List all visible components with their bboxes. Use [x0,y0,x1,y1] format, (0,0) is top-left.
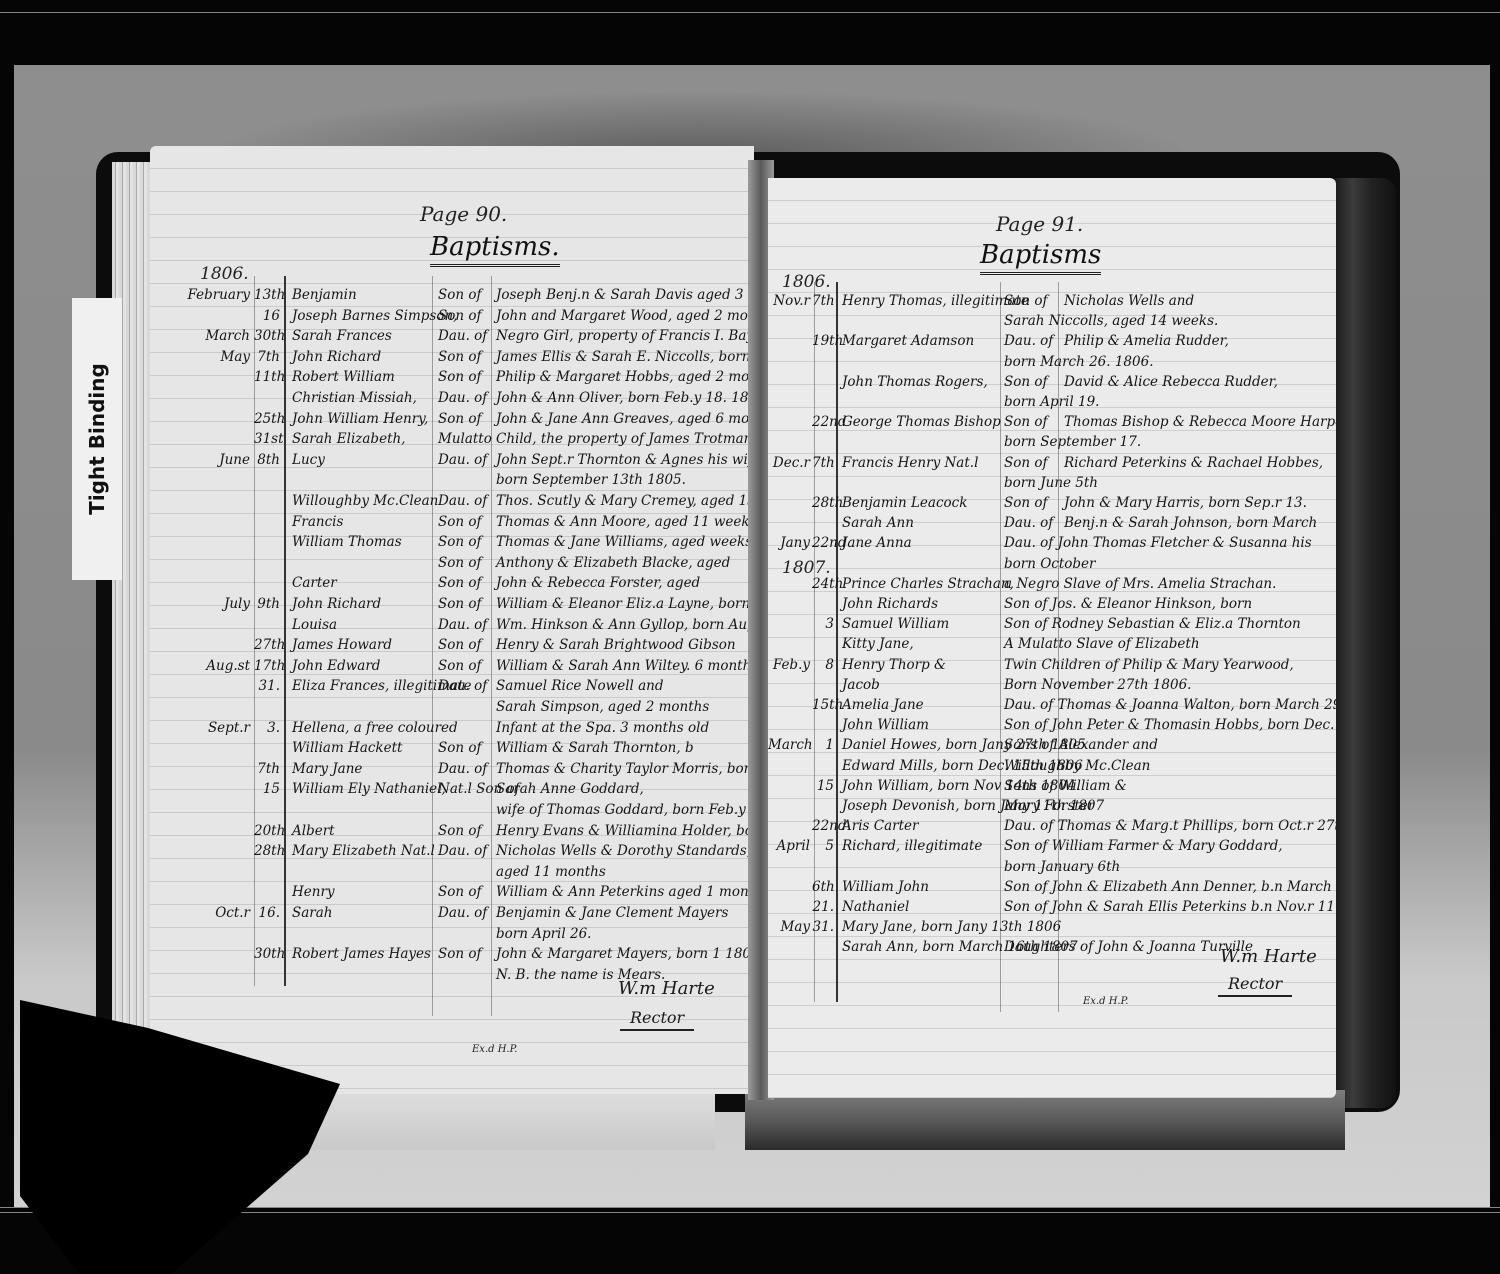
register-entry-row: wife of Thomas Goddard, born Feb.y [150,799,754,821]
entry-parents: Joseph Benj.n & Sarah Davis aged 3 mo.s [496,284,754,306]
entry-relation: Son of [438,531,482,553]
register-entry-row: Aug.st17thJohn EdwardSon ofWilliam & Sar… [150,655,754,677]
entry-day: 7th [812,290,834,312]
register-entry-row: 22ndAris CarterDau. of Thomas & Marg.t P… [768,815,1336,837]
register-entry-row: March30thSarah FrancesDau. ofNegro Girl,… [150,325,754,347]
entry-name: Sarah Elizabeth, [292,428,405,450]
entry-name: John William Henry, [292,408,428,430]
entry-month: March [768,734,810,756]
register-entry-row: Sarah Simpson, aged 2 months [150,696,754,718]
book-bottom-edge [745,1090,1345,1150]
entry-name: Mary Jane [292,758,362,780]
entry-month: March [150,325,250,347]
entry-parents: Dau. of John Thomas Fletcher & Susanna h… [1004,532,1312,554]
entry-month: Jany [768,532,810,554]
entry-day: 13th [254,284,280,306]
register-entry-row: Christian Missiah,Dau. ofJohn & Ann Oliv… [150,387,754,409]
entry-name: Henry Thorp & [842,654,946,676]
entry-relation: Son of [438,346,482,368]
entry-name: John Edward [292,655,380,677]
entry-month: May [150,346,250,368]
entry-parents: Sons of William & [1004,775,1127,797]
entry-name: James Howard [292,634,392,656]
entry-name: William Thomas [292,531,402,553]
register-entry-row: born April 26. [150,923,754,945]
examined-mark: Ex.d H.P. [472,1044,517,1055]
register-entry-row: 21.NathanielSon of John & Sarah Ellis Pe… [768,896,1336,918]
entry-day: 22nd [812,532,834,554]
entry-name: Henry [292,881,335,903]
entry-parents: Willoughby Mc.Clean [1004,755,1150,777]
entry-parents: Wm. Hinkson & Ann Gyllop, born Aug. [496,614,754,636]
entry-parents: Daughters of John & Joanna Turville [1004,936,1253,958]
register-entry-row: Nov.r7thHenry Thomas, illegitimateSon of… [768,290,1336,312]
entry-parents: Son of William Farmer & Mary Goddard, [1004,835,1283,857]
register-entry-row: 15William Ely Nathaniel,Nat.l Son ofSara… [150,778,754,800]
entry-day: 8th [254,449,280,471]
register-entry-row: born September 17. [768,431,1336,453]
entry-parents: John & Ann Oliver, born Feb.y 18. 1806. [496,387,754,409]
register-entry-row: Willoughby Mc.CleanDau. ofThos. Scutly &… [150,490,754,512]
register-entry-row: born March 26. 1806. [768,351,1336,373]
entry-name: John Richard [292,346,381,368]
entry-relation: Son of [438,552,482,574]
entry-day: 1 [812,734,834,756]
entry-relation: Son of [1004,290,1048,312]
register-entry-row: HenrySon ofWilliam & Ann Peterkins aged … [150,881,754,903]
entry-name: Lucy [292,449,325,471]
tight-binding-text: Tight Binding [85,363,109,515]
entry-name: Jacob [842,674,880,696]
register-entry-row: 7thMary JaneDau. ofThomas & Charity Tayl… [150,758,754,780]
rector-signature: W.m Harte [1220,946,1317,967]
entry-relation: Dau. of [438,758,487,780]
register-entry-row: May7thJohn RichardSon ofJames Ellis & Sa… [150,346,754,368]
page-number: Page 90. [420,202,507,226]
entry-relation: Dau. of [438,387,487,409]
register-entry-row: John Thomas Rogers,Son ofDavid & Alice R… [768,371,1336,393]
entry-name: Hellena, a free coloured [292,717,458,739]
entry-name: Kitty Jane, [842,633,914,655]
entry-name: Margaret Adamson [842,330,974,352]
entry-relation: Son of [438,820,482,842]
register-entry-row: 20thAlbertSon ofHenry Evans & Williamina… [150,820,754,842]
entry-name: Christian Missiah, [292,387,417,409]
entry-parents: Nicholas Wells & Dorothy Standards, [496,840,751,862]
register-entry-row: born September 13th 1805. [150,469,754,491]
register-entry-row: 31stSarah Elizabeth,MulattoChild, the pr… [150,428,754,450]
register-entry-row: Sept.r3.Hellena, a free colouredInfant a… [150,717,754,739]
entry-parents: Dau. of Thomas & Joanna Walton, born Mar… [1004,694,1336,716]
entry-name: Richard, illegitimate [842,835,982,857]
entry-parents: Thomas & Jane Williams, aged weeks [496,531,752,553]
entry-day: 3 [812,613,834,635]
entry-month: Aug.st [150,655,250,677]
entry-relation: Son of [1004,452,1048,474]
entry-relation: Dau. of [438,614,487,636]
register-entry-row: born January 6th [768,856,1336,878]
entry-parents: Thomas Bishop & Rebecca Moore Harper [1064,411,1336,433]
entry-relation: Son of [438,634,482,656]
entry-day: 15 [812,775,834,797]
entry-day: 17th [254,655,280,677]
entry-name: Benjamin [292,284,357,306]
entry-parents: born January 6th [1004,856,1120,878]
entry-parents: a Negro Slave of Mrs. Amelia Strachan. [1004,573,1276,595]
entry-parents: William & Ann Peterkins aged 1 month [496,881,754,903]
rector-title: Rector [1218,974,1292,997]
register-entry-row: April5Richard, illegitimateSon of Willia… [768,835,1336,857]
entry-parents: William & Sarah Ann Wiltey. 6 months [496,655,754,677]
scan-artifact-line [0,12,1500,13]
entry-relation: Son of [438,593,482,615]
entry-parents: aged 11 months [496,861,606,883]
entry-name: Sarah Ann [842,512,914,534]
entry-day: 22nd [812,411,834,433]
entry-name: Mary Elizabeth Nat.l [292,840,435,862]
entry-parents: John & Mary Harris, born Sep.r 13. [1064,492,1307,514]
entry-parents: Born November 27th 1806. [1004,674,1191,696]
register-entry-row: 22ndGeorge Thomas BishopSon ofThomas Bis… [768,411,1336,433]
entry-relation: Son of [1004,492,1048,514]
entry-day: 6th [812,876,834,898]
entry-name: Joseph Barnes Simpson, [292,305,457,327]
entry-name: John Richards [842,593,938,615]
entry-relation: Dau. of [1004,330,1053,352]
entry-parents: born September 17. [1004,431,1141,453]
register-entry-row: May31.Mary Jane, born Jany 13th 1806 [768,916,1336,938]
entry-name: Francis [292,511,343,533]
entry-day: 30th [254,325,280,347]
entry-relation: Son of [438,284,482,306]
entry-relation: Dau. of [1004,512,1053,534]
entry-parents: Philip & Amelia Rudder, [1064,330,1229,352]
entry-parents: A Mulatto Slave of Elizabeth [1004,633,1200,655]
rector-signature: W.m Harte [618,978,715,999]
entry-parents: Son of John Peter & Thomasin Hobbs, born… [1004,714,1336,736]
entry-day: 5 [812,835,834,857]
entry-relation: Dau. of [438,840,487,862]
entry-parents: Thos. Scutly & Mary Cremey, aged 13 mo.s [496,490,754,512]
book-page-edges-right [1334,178,1396,1108]
register-entry-row: July9thJohn RichardSon ofWilliam & Elean… [150,593,754,615]
register-entry-row: Oct.r16.SarahDau. ofBenjamin & Jane Clem… [150,902,754,924]
entry-parents: Dau. of Thomas & Marg.t Phillips, born O… [1004,815,1336,837]
register-entry-row: Son ofAnthony & Elizabeth Blacke, aged [150,552,754,574]
entry-name: John Thomas Rogers, [842,371,988,393]
entry-day: 11th [254,366,280,388]
entry-parents: wife of Thomas Goddard, born Feb.y [496,799,746,821]
register-entry-row: born June 5th [768,472,1336,494]
entry-day: 19th [812,330,834,352]
entry-parents: Child, the property of James Trotman [496,428,752,450]
entry-relation: Son of [438,943,482,965]
entry-parents: John & Jane Ann Greaves, aged 6 mo.s [496,408,754,430]
entry-month: February [150,284,250,306]
entry-parents: Nicholas Wells and [1064,290,1194,312]
entry-relation: Son of [438,408,482,430]
entry-name: John Richard [292,593,381,615]
entry-day: 16 [254,305,280,327]
entry-parents: born April 26. [496,923,591,945]
entry-relation: Dau. of [438,449,487,471]
entry-parents: Henry Evans & Williamina Holder, born [496,820,754,842]
register-entry-row: Feb.y8Henry Thorp &Twin Children of Phil… [768,654,1336,676]
entry-name: Henry Thomas, illegitimate [842,290,1029,312]
entry-parents: Benjamin & Jane Clement Mayers [496,902,728,924]
entry-day: 8 [812,654,834,676]
entry-parents: Philip & Margaret Hobbs, aged 2 mo.s [496,366,754,388]
book-bottom-pages [285,1090,715,1150]
entry-parents: John & Margaret Mayers, born 1 1805 [496,943,754,965]
entry-name: George Thomas Bishop [842,411,1001,433]
entry-parents: Son of Jos. & Eleanor Hinkson, born [1004,593,1252,615]
register-entry-row: Edward Mills, born Dec. 15th 1806Willoug… [768,755,1336,777]
entry-day: 15th [812,694,834,716]
entry-parents: Mary Forster [1004,795,1094,817]
register-entry-row: June8thLucyDau. ofJohn Sept.r Thornton &… [150,449,754,471]
entry-parents: Samuel Rice Nowell and [496,675,664,697]
register-entry-row: 28thBenjamin LeacockSon ofJohn & Mary Ha… [768,492,1336,514]
page-title: Baptisms [980,240,1101,275]
register-entry-row: 31.Eliza Frances, illegitimateDau. ofSam… [150,675,754,697]
register-entry-row: 11thRobert WilliamSon ofPhilip & Margare… [150,366,754,388]
entry-relation: Mulatto [438,428,492,450]
entry-name: Amelia Jane [842,694,924,716]
entry-name: Sarah [292,902,333,924]
left-page: Page 90. Baptisms. 1806. February13thBen… [150,146,754,1094]
register-entry-row: 6thWilliam JohnSon of John & Elizabeth A… [768,876,1336,898]
page-title: Baptisms. [430,232,560,267]
entry-name: William Ely Nathaniel, [292,778,446,800]
entry-parents: Benj.n & Sarah Johnson, born March [1064,512,1317,534]
entry-day: 7th [254,346,280,368]
register-entry-row: Dec.r7thFrancis Henry Nat.lSon ofRichard… [768,452,1336,474]
register-entry-row: 15John William, born Nov 14th 1804.Sons … [768,775,1336,797]
entry-month: April [768,835,810,857]
entry-parents: William & Eleanor Eliz.a Layne, born May [496,593,754,615]
entry-name: William Hackett [292,737,402,759]
entry-month: July [150,593,250,615]
entry-day: 27th [254,634,280,656]
entry-month: May [768,916,810,938]
entry-day: 30th [254,943,280,965]
entry-month: June [150,449,250,471]
year-heading: 1806. [200,264,249,284]
entry-parents: Son of Rodney Sebastian & Eliz.a Thornto… [1004,613,1301,635]
register-entry-row: JacobBorn November 27th 1806. [768,674,1336,696]
entry-day: 31st [254,428,280,450]
register-entry-row: 16Joseph Barnes Simpson,Son ofJohn and M… [150,305,754,327]
entry-name: Aris Carter [842,815,918,837]
register-entry-row: aged 11 months [150,861,754,883]
entry-name: William John [842,876,929,898]
entry-relation: Son of [438,366,482,388]
entry-parents: Thomas & Charity Taylor Morris, born [496,758,754,780]
entry-day: 21. [812,896,834,918]
entry-parents: John and Margaret Wood, aged 2 mo.s [496,305,754,327]
entry-relation: Son of [438,655,482,677]
entry-parents: David & Alice Rebecca Rudder, [1064,371,1278,393]
entry-day: 16. [254,902,280,924]
register-entry-row: William HackettSon ofWilliam & Sarah Tho… [150,737,754,759]
entry-day: 24th [812,573,834,595]
entry-name: Carter [292,572,337,594]
entry-parents: Anthony & Elizabeth Blacke, aged [496,552,730,574]
entry-parents: Son of John & Sarah Ellis Peterkins b.n … [1004,896,1336,918]
register-entry-row: Jany22ndJane AnnaDau. of John Thomas Fle… [768,532,1336,554]
register-entry-row: 24thPrince Charles Strachan,a Negro Slav… [768,573,1336,595]
entry-name: Samuel William [842,613,949,635]
entry-relation: Son of [438,881,482,903]
entry-parents: Son of John & Elizabeth Ann Denner, b.n … [1004,876,1336,898]
entry-month: Sept.r [150,717,250,739]
entry-parents: born June 5th [1004,472,1098,494]
right-page: Page 91. Baptisms 1806. 1807. Nov.r7thHe… [768,178,1336,1098]
register-entry-row: 28thMary Elizabeth Nat.lDau. ofNicholas … [150,840,754,862]
tight-binding-label: Tight Binding [72,298,122,580]
register-entry-row: John RichardsSon of Jos. & Eleanor Hinks… [768,593,1336,615]
register-entry-row: CarterSon ofJohn & Rebecca Forster, aged [150,572,754,594]
register-entry-row: born October [768,553,1336,575]
entry-name: Francis Henry Nat.l [842,452,978,474]
entry-name: Prince Charles Strachan, [842,573,1014,595]
entry-month: Dec.r [768,452,810,474]
register-entry-row: February13thBenjaminSon ofJoseph Benj.n … [150,284,754,306]
entry-parents: Negro Girl, property of Francis I. Bayle… [496,325,754,347]
entry-parents: Sarah Niccolls, aged 14 weeks. [1004,310,1218,332]
register-entry-row: Sarah Niccolls, aged 14 weeks. [768,310,1336,332]
entry-parents: Twin Children of Philip & Mary Yearwood, [1004,654,1294,676]
entry-name: Mary Jane, born Jany 13th 1806 [842,916,1061,938]
rector-title: Rector [620,1008,694,1031]
register-entry-row: 27thJames HowardSon ofHenry & Sarah Brig… [150,634,754,656]
entry-name: Willoughby Mc.Clean [292,490,438,512]
entry-day: 15 [254,778,280,800]
entry-parents: born March 26. 1806. [1004,351,1154,373]
register-entry-row: March1Daniel Howes, born Jany 27th 1805S… [768,734,1336,756]
entry-relation: Dau. of [438,325,487,347]
entry-parents: Henry & Sarah Brightwood Gibson [496,634,736,656]
register-entry-row: 25thJohn William Henry,Son ofJohn & Jane… [150,408,754,430]
entry-name: Benjamin Leacock [842,492,967,514]
entry-parents: Thomas & Ann Moore, aged 11 weeks [496,511,754,533]
entry-day: 20th [254,820,280,842]
entry-month: Feb.y [768,654,810,676]
entry-relation: Son of [438,511,482,533]
register-entry-row: 19thMargaret AdamsonDau. ofPhilip & Amel… [768,330,1336,352]
entry-day: 31. [254,675,280,697]
entry-parents: born October [1004,553,1095,575]
entry-parents: James Ellis & Sarah E. Niccolls, born Ma… [496,346,754,368]
entry-day: 28th [812,492,834,514]
register-entry-row: Kitty Jane,A Mulatto Slave of Elizabeth [768,633,1336,655]
register-entry-row: 15thAmelia JaneDau. of Thomas & Joanna W… [768,694,1336,716]
entry-month: Oct.r [150,902,250,924]
page-number: Page 91. [996,212,1083,236]
entry-relation: Son of [438,572,482,594]
entry-relation: Son of [438,737,482,759]
entry-name: Jane Anna [842,532,912,554]
entry-day: 3. [254,717,280,739]
entry-month: Nov.r [768,290,810,312]
entry-parents: born April 19. [1004,391,1099,413]
register-entry-row: Joseph Devonish, born Jany 11th 1807Mary… [768,795,1336,817]
entry-parents: Sons of Alexander and [1004,734,1158,756]
register-entry-row: FrancisSon ofThomas & Ann Moore, aged 11… [150,511,754,533]
register-entry-row: born April 19. [768,391,1336,413]
entry-parents: Richard Peterkins & Rachael Hobbes, [1064,452,1323,474]
entry-parents: John Sept.r Thornton & Agnes his wife [496,449,754,471]
entry-parents: William & Sarah Thornton, b [496,737,694,759]
entry-name: Sarah Frances [292,325,392,347]
entry-day: 31. [812,916,834,938]
entry-relation: Son of [1004,411,1048,433]
year-heading: 1806. [782,272,831,292]
entry-name: Nathaniel [842,896,909,918]
register-entry-row: John WilliamSon of John Peter & Thomasin… [768,714,1336,736]
entry-day: 7th [254,758,280,780]
entry-day: 22nd [812,815,834,837]
register-entry-row: Sarah AnnDau. ofBenj.n & Sarah Johnson, … [768,512,1336,534]
entry-parents: born September 13th 1805. [496,469,686,491]
entry-name: Robert James Hayes [292,943,431,965]
register-entry-row: 3Samuel WilliamSon of Rodney Sebastian &… [768,613,1336,635]
entry-name: Robert William [292,366,395,388]
entry-name: John William [842,714,929,736]
entry-name: Louisa [292,614,337,636]
entry-relation: Dau. of [438,902,487,924]
entry-relation: Son of [438,305,482,327]
register-entry-row: William ThomasSon ofThomas & Jane Willia… [150,531,754,553]
entry-parents: Sarah Anne Goddard, [496,778,644,800]
entry-relation: Son of [1004,371,1048,393]
entry-parents: Sarah Simpson, aged 2 months [496,696,709,718]
entry-name: Albert [292,820,335,842]
entry-day: 9th [254,593,280,615]
entry-parents: John & Rebecca Forster, aged [496,572,700,594]
entry-parents: Infant at the Spa. 3 months old [496,717,709,739]
entry-relation: Dau. of [438,490,487,512]
register-entry-row: LouisaDau. ofWm. Hinkson & Ann Gyllop, b… [150,614,754,636]
entry-relation: Dau. of [438,675,487,697]
entry-day: 7th [812,452,834,474]
entry-day: 28th [254,840,280,862]
entry-day: 25th [254,408,280,430]
register-entry-row: 30thRobert James HayesSon ofJohn & Marga… [150,943,754,965]
examined-mark: Ex.d H.P. [1083,996,1128,1007]
